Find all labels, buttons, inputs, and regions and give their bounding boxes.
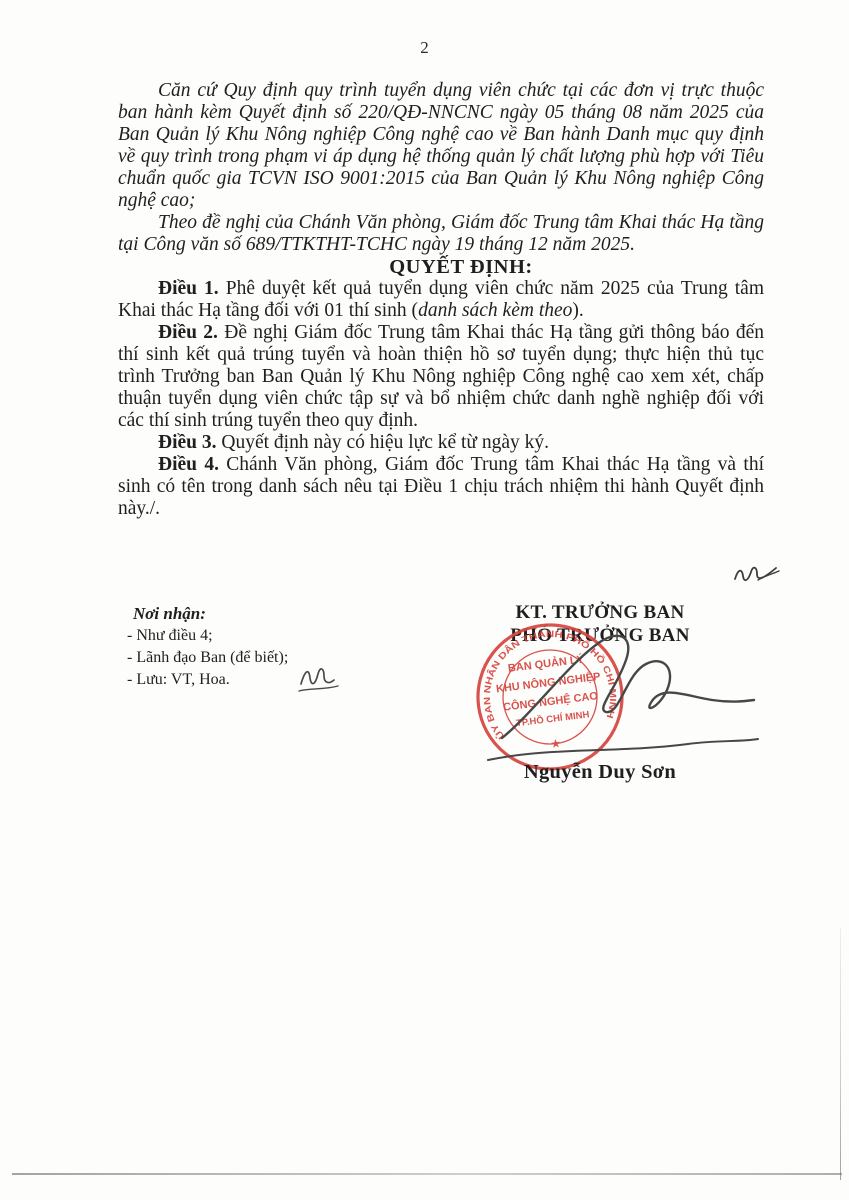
recipient-item: - Như điều 4; bbox=[127, 625, 288, 647]
article-3: Điều 3. Quyết định này có hiệu lực kể từ… bbox=[118, 432, 764, 454]
signature-stroke-underline bbox=[488, 739, 758, 760]
decision-heading: QUYẾT ĐỊNH: bbox=[118, 256, 764, 278]
article-3-label: Điều 3. bbox=[158, 432, 217, 453]
preamble-paragraph-1: Căn cứ Quy định quy trình tuyển dụng viê… bbox=[118, 80, 764, 212]
signer-name: Nguyễn Duy Sơn bbox=[455, 761, 745, 784]
scan-artifact-bottom-edge bbox=[12, 1173, 842, 1175]
document-page: 2 Căn cứ Quy định quy trình tuyển dụng v… bbox=[0, 0, 849, 1200]
article-1-label: Điều 1. bbox=[158, 278, 219, 299]
handwritten-flourish bbox=[730, 556, 782, 590]
recipients-block: Nơi nhận: - Như điều 4; - Lãnh đạo Ban (… bbox=[127, 603, 288, 691]
page-number: 2 bbox=[0, 38, 849, 58]
document-body: Căn cứ Quy định quy trình tuyển dụng viê… bbox=[118, 80, 764, 520]
article-1-italic: danh sách kèm theo bbox=[418, 300, 572, 321]
article-4: Điều 4. Chánh Văn phòng, Giám đốc Trung … bbox=[118, 454, 764, 520]
article-3-text: Quyết định này có hiệu lực kể từ ngày ký… bbox=[217, 432, 550, 453]
handwritten-initial bbox=[293, 662, 345, 696]
signature-ink bbox=[440, 600, 770, 780]
article-1: Điều 1. Phê duyệt kết quả tuyển dụng viê… bbox=[118, 278, 764, 322]
signature-stroke-main bbox=[502, 636, 754, 738]
article-2: Điều 2. Đề nghị Giám đốc Trung tâm Khai … bbox=[118, 322, 764, 432]
preamble-paragraph-2: Theo đề nghị của Chánh Văn phòng, Giám đ… bbox=[118, 212, 764, 256]
article-2-label: Điều 2. bbox=[158, 322, 218, 343]
scan-artifact-right-edge bbox=[840, 928, 841, 1180]
recipient-item: - Lãnh đạo Ban (để biết); bbox=[127, 647, 288, 669]
recipients-label: Nơi nhận: bbox=[133, 603, 288, 625]
article-4-label: Điều 4. bbox=[158, 454, 219, 475]
recipient-item: - Lưu: VT, Hoa. bbox=[127, 669, 288, 691]
article-1-tail: ). bbox=[572, 300, 583, 321]
